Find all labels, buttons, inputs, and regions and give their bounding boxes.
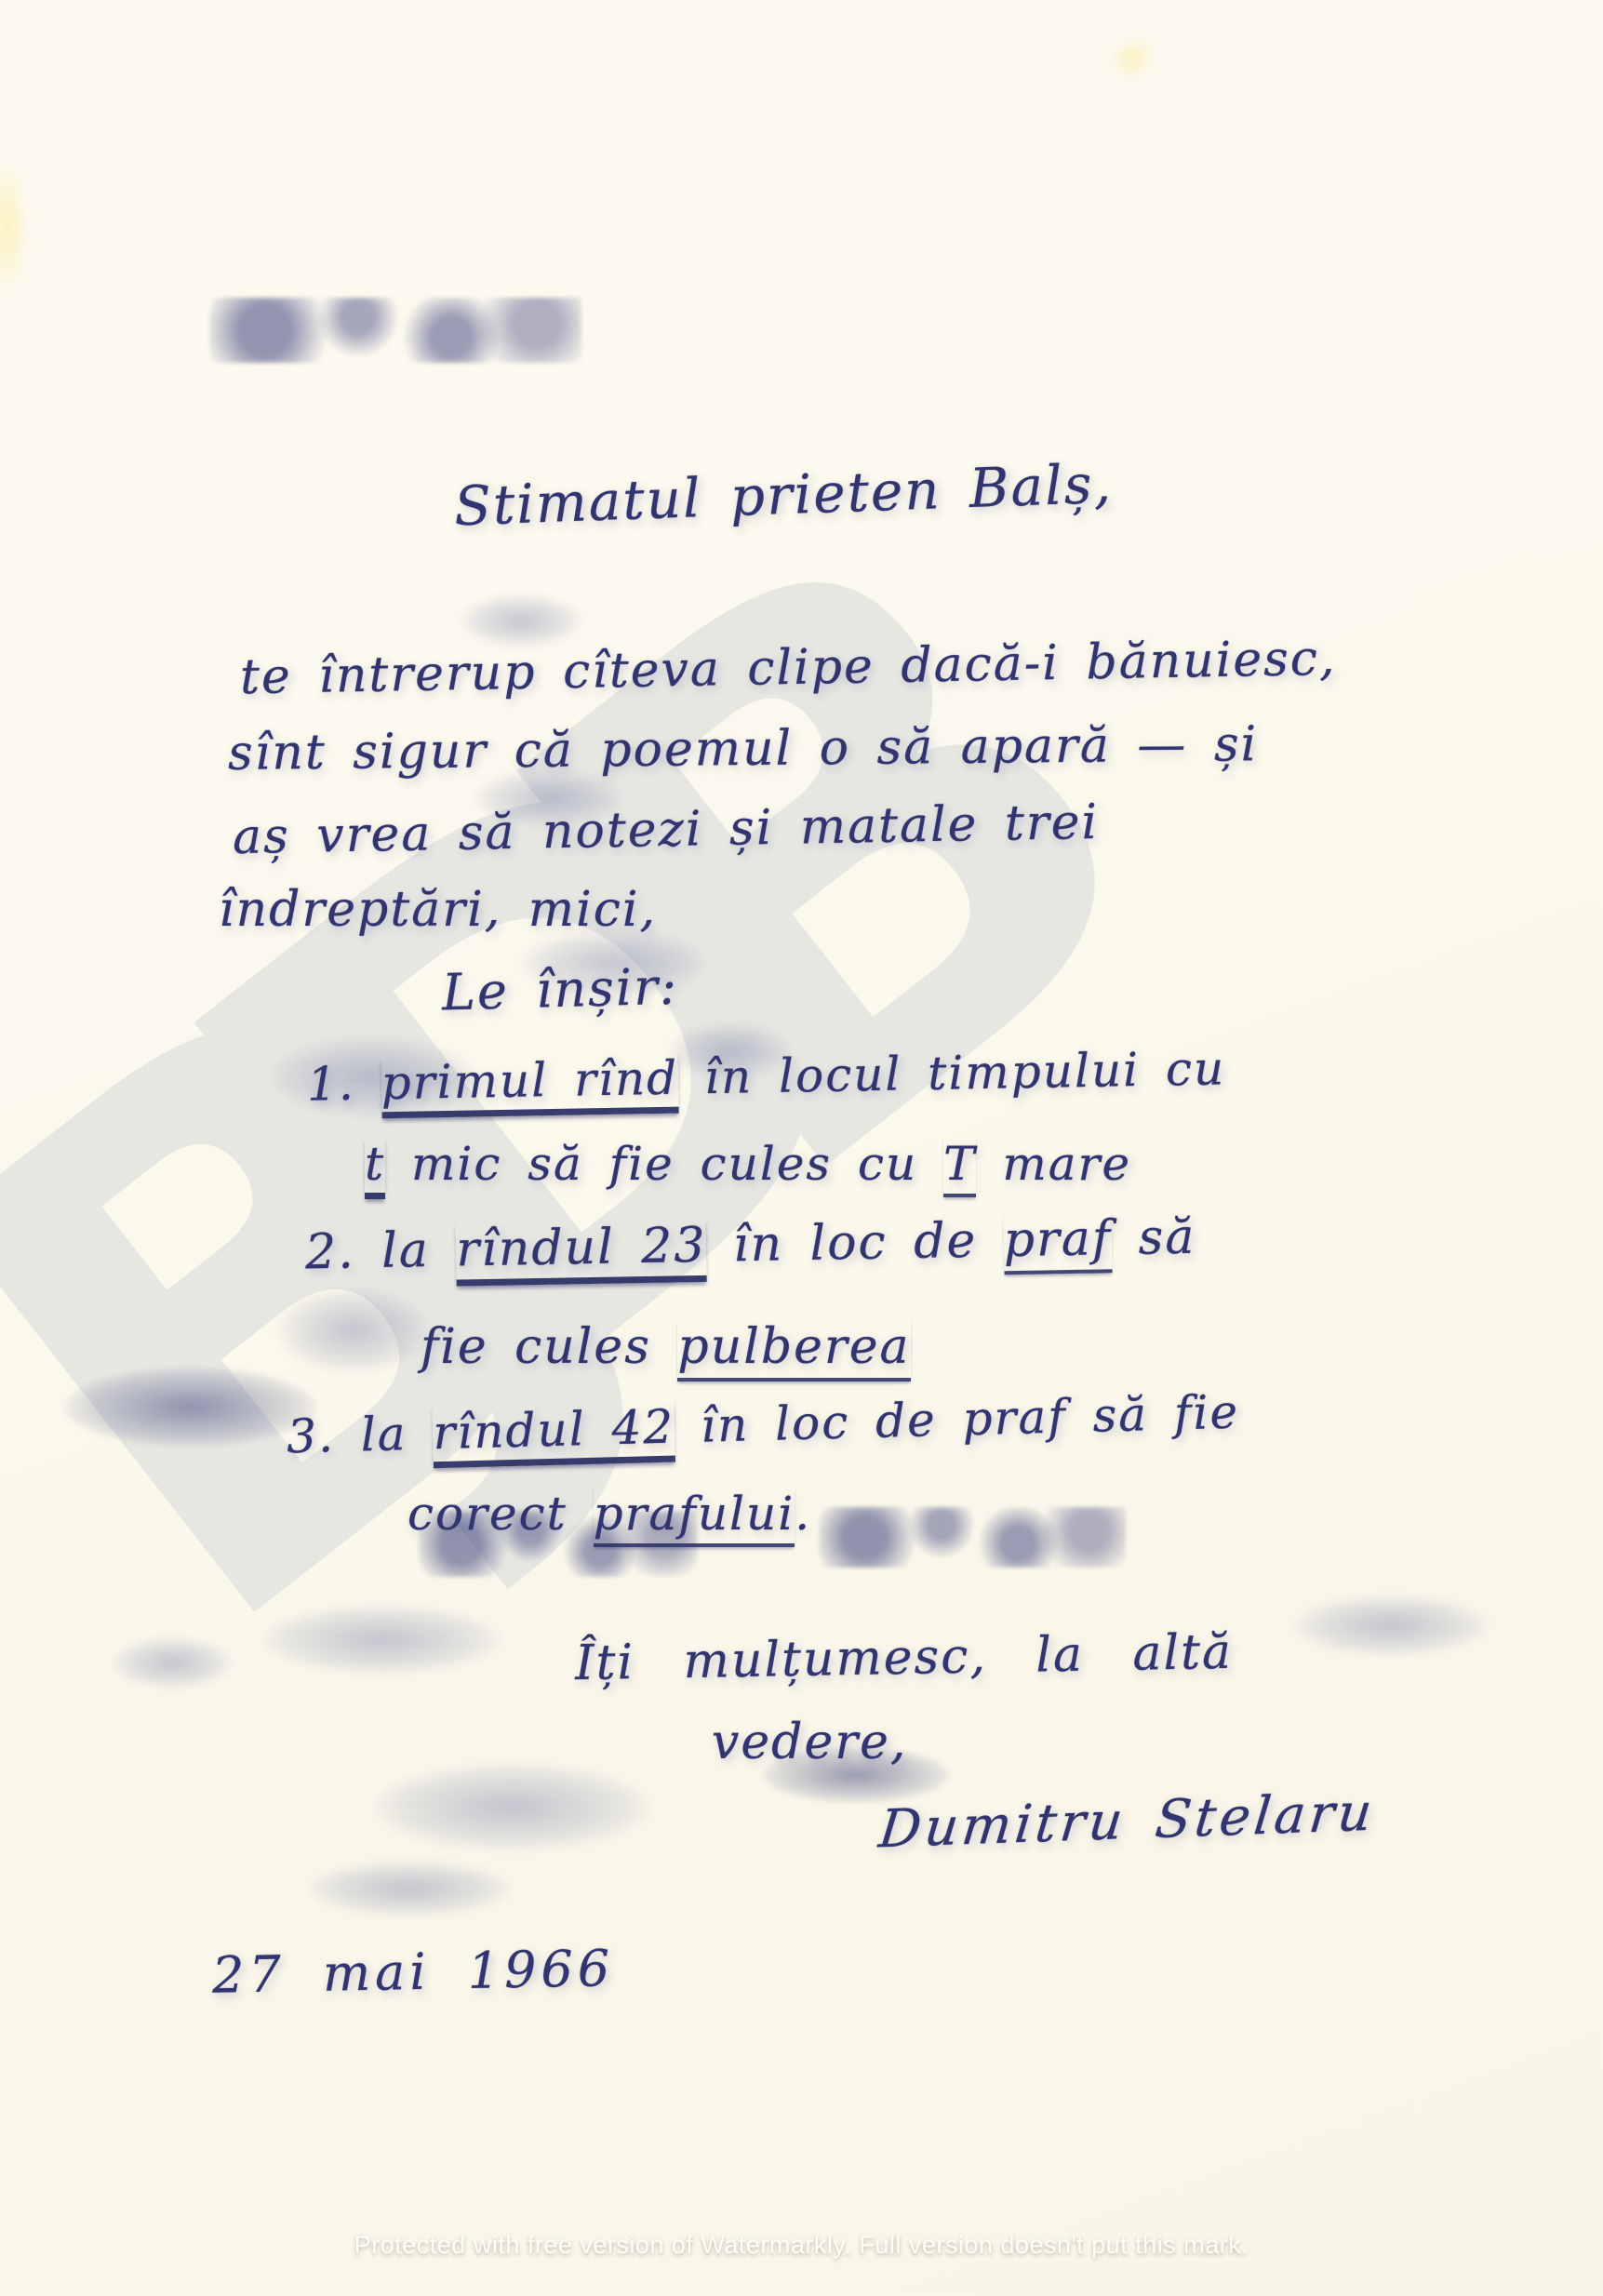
text-segment: în loc de [706, 1212, 1004, 1274]
date-line: 27 mai 1966 [211, 1939, 614, 2005]
ink-smudge [372, 1763, 651, 1851]
text-segment: 2. la [305, 1222, 457, 1281]
scanned-letter-page: BJDB Stimatul prieten Balș, te întrerup … [0, 0, 1603, 2296]
correction-1-line-2: t mic să fie cules cu T mare [365, 1137, 1131, 1191]
body-line-1: te întrerup cîteva clipe dacă-i bănuiesc… [240, 631, 1337, 706]
text-segment: 1. [307, 1056, 382, 1111]
underlined-segment: rîndul 42 [433, 1399, 675, 1468]
body-line-2: sînt sigur că poemul o să apară — și [228, 716, 1259, 781]
closing-line-2: vedere, [712, 1715, 907, 1770]
body-line-4: îndreptări, mici, [219, 882, 657, 938]
text-segment: mic să fie cules cu [385, 1137, 943, 1191]
text-segment: să [1112, 1209, 1196, 1267]
list-intro-line: Le înșir: [441, 957, 679, 1022]
text-segment: . [795, 1487, 811, 1541]
closing-line-1: Îți mulțumesc, la altă [575, 1624, 1234, 1691]
underlined-segment: primul rînd [381, 1051, 679, 1119]
text-segment: 3. la [286, 1406, 434, 1463]
underlined-segment: prafului [594, 1487, 795, 1547]
underlined-segment: rîndul 23 [456, 1218, 707, 1287]
salutation-line: Stimatul prieten Balș, [453, 452, 1114, 539]
paper-stain [0, 158, 26, 298]
ink-smudge [819, 1507, 1126, 1568]
ink-smudge [307, 1861, 512, 1916]
text-segment: mare [976, 1137, 1131, 1191]
correction-3-line-2: corect prafului. [407, 1487, 811, 1541]
ink-smudge [209, 298, 581, 363]
text-segment: fie cules [421, 1319, 677, 1375]
underlined-segment: pulberea [677, 1319, 910, 1382]
text-segment: corect [407, 1487, 594, 1541]
paper-stain [1112, 37, 1154, 79]
correction-2-line-2: fie cules pulberea [421, 1319, 911, 1375]
footer-watermark: Protected with free version of Watermark… [0, 2231, 1603, 2260]
underlined-segment: T [943, 1137, 976, 1197]
text-segment: în locul timpului cu [678, 1041, 1226, 1104]
ink-smudge [1293, 1595, 1489, 1656]
signature: Dumitru Stelaru [876, 1782, 1379, 1861]
underlined-segment: t [365, 1137, 385, 1199]
underlined-segment: praf [1003, 1210, 1113, 1275]
